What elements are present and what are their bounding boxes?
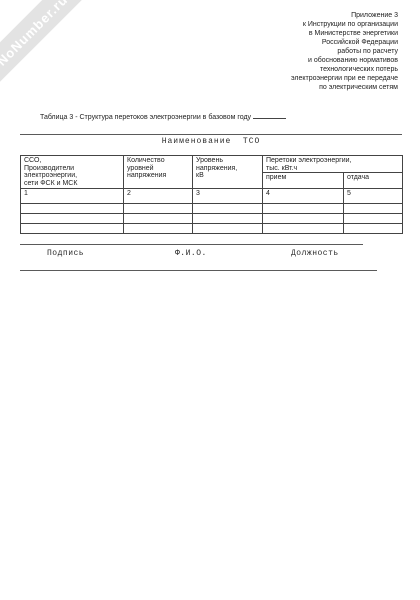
empty-cell [21, 204, 124, 214]
column-number-cell: 5 [344, 189, 403, 204]
empty-data-row [21, 224, 403, 234]
table-caption-text: Таблица 3 - Структура перетоков электроэ… [40, 114, 251, 121]
appendix-header-line: работы по расчету [291, 47, 398, 56]
bottom-rule-line [20, 270, 377, 271]
watermark-text: NoNumber.ru [0, 0, 70, 68]
column-numbers-row: 1 2 3 4 5 [21, 189, 403, 204]
appendix-header-line: по электрическим сетям [291, 83, 398, 92]
empty-cell [21, 214, 124, 224]
tso-name-fill-line [20, 134, 402, 135]
appendix-header-line: к Инструкции по организации [291, 20, 398, 29]
header-cell-flows-group: Перетоки электроэнергии, тыс. кВт.ч [263, 156, 403, 173]
signature-fill-line [20, 244, 363, 245]
signature-label: Подпись [47, 249, 84, 258]
empty-cell [263, 204, 344, 214]
table-header-row: ССО, Производители электроэнергии, сети … [21, 156, 403, 173]
empty-cell [193, 214, 263, 224]
empty-cell [124, 224, 193, 234]
empty-cell [124, 214, 193, 224]
appendix-header-line: электроэнергии при ее передаче [291, 74, 398, 83]
empty-cell [193, 224, 263, 234]
column-number-cell: 1 [21, 189, 124, 204]
empty-data-row [21, 204, 403, 214]
appendix-header-line: технологических потерь [291, 65, 398, 74]
full-name-label: Ф.И.О. [175, 249, 207, 258]
empty-cell [193, 204, 263, 214]
empty-data-row [21, 214, 403, 224]
empty-cell [344, 214, 403, 224]
appendix-header-block: Приложение 3 к Инструкции по организации… [291, 11, 398, 92]
header-cell-sso: ССО, Производители электроэнергии, сети … [21, 156, 124, 189]
flows-table: ССО, Производители электроэнергии, сети … [20, 155, 403, 234]
watermark-band: NoNumber.ru [0, 0, 98, 96]
empty-cell [263, 224, 344, 234]
appendix-header-line: Российской Федерации [291, 38, 398, 47]
header-cell-output: отдача [344, 173, 403, 189]
column-number-cell: 4 [263, 189, 344, 204]
position-label: Должность [291, 249, 339, 258]
column-number-cell: 2 [124, 189, 193, 204]
header-cell-voltage-level: Уровень напряжения, кВ [193, 156, 263, 189]
appendix-header-line: Приложение 3 [291, 11, 398, 20]
empty-cell [263, 214, 344, 224]
document-page: NoNumber.ru Приложение 3 к Инструкции по… [0, 0, 420, 600]
table-caption: Таблица 3 - Структура перетоков электроэ… [40, 111, 286, 121]
empty-cell [344, 224, 403, 234]
header-cell-levels-count: Количество уровней напряжения [124, 156, 193, 189]
column-number-cell: 3 [193, 189, 263, 204]
empty-cell [344, 204, 403, 214]
empty-cell [21, 224, 124, 234]
empty-cell [124, 204, 193, 214]
appendix-header-line: и обоснованию нормативов [291, 56, 398, 65]
header-cell-intake: прием [263, 173, 344, 189]
tso-name-label: Наименование ТСО [20, 137, 402, 146]
appendix-header-line: в Министерстве энергетики [291, 29, 398, 38]
year-blank-line [253, 111, 286, 119]
